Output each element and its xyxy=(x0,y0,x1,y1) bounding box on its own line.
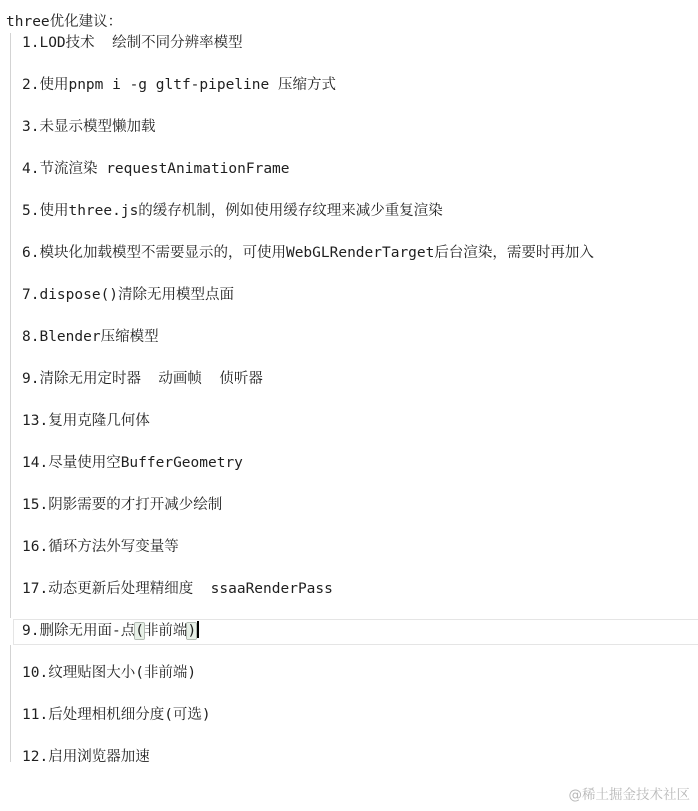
text-line[interactable]: 5.使用three.js的缓存机制，例如使用缓存纹理来减少重复渲染 xyxy=(0,201,698,222)
line-text: 14.尽量使用空BufferGeometry xyxy=(22,455,243,471)
text-line[interactable]: 9.清除无用定时器 动画帧 侦听器 xyxy=(0,369,698,390)
text-lines: 1.LOD技术 绘制不同分辨率模型2.使用pnpm i -g gltf-pipe… xyxy=(0,33,698,789)
text-editor-area[interactable]: three优化建议： 1.LOD技术 绘制不同分辨率模型2.使用pnpm i -… xyxy=(0,0,698,811)
line-text: 13.复用克隆几何体 xyxy=(22,413,150,429)
line-text: 9.删除无用面-点(非前端) xyxy=(22,623,199,639)
text-line[interactable]: 11.后处理相机细分度(可选) xyxy=(0,705,698,726)
text-line[interactable]: 12.启用浏览器加速 xyxy=(0,747,698,768)
matched-bracket-close: ) xyxy=(187,623,196,639)
line-text: 6.模块化加载模型不需要显示的，可使用WebGLRenderTarget后台渲染… xyxy=(22,245,594,261)
text-line[interactable]: 2.使用pnpm i -g gltf-pipeline 压缩方式 xyxy=(0,75,698,96)
text-line[interactable]: 1.LOD技术 绘制不同分辨率模型 xyxy=(0,33,698,54)
matched-bracket-open: ( xyxy=(135,623,144,639)
line-text: 16.循环方法外写变量等 xyxy=(22,539,179,555)
text-line[interactable]: 15.阴影需要的才打开减少绘制 xyxy=(0,495,698,516)
line-text: 8.Blender压缩模型 xyxy=(22,329,159,345)
line-text: 11.后处理相机细分度(可选) xyxy=(22,707,211,723)
line-text: 2.使用pnpm i -g gltf-pipeline 压缩方式 xyxy=(22,77,336,93)
current-text-line[interactable]: 9.删除无用面-点(非前端) xyxy=(0,621,698,642)
text-caret xyxy=(197,621,199,638)
text-line[interactable]: 8.Blender压缩模型 xyxy=(0,327,698,348)
text-line[interactable]: 14.尽量使用空BufferGeometry xyxy=(0,453,698,474)
line-text: 5.使用three.js的缓存机制，例如使用缓存纹理来减少重复渲染 xyxy=(22,203,443,219)
line-text: 15.阴影需要的才打开减少绘制 xyxy=(22,497,222,513)
text-line[interactable]: 7.dispose()清除无用模型点面 xyxy=(0,285,698,306)
text-line[interactable]: 4.节流渲染 requestAnimationFrame xyxy=(0,159,698,180)
text-line[interactable]: 13.复用克隆几何体 xyxy=(0,411,698,432)
line-text: 3.未显示模型懒加载 xyxy=(22,119,155,135)
line-text: 12.启用浏览器加速 xyxy=(22,749,150,765)
line-text: 17.动态更新后处理精细度 ssaaRenderPass xyxy=(22,581,333,597)
text-line[interactable]: 10.纹理贴图大小(非前端) xyxy=(0,663,698,684)
line-text: 10.纹理贴图大小(非前端) xyxy=(22,665,196,681)
line-text: 9.清除无用定时器 动画帧 侦听器 xyxy=(22,371,263,387)
line-text: 4.节流渲染 requestAnimationFrame xyxy=(22,161,290,177)
text-line[interactable]: 6.模块化加载模型不需要显示的，可使用WebGLRenderTarget后台渲染… xyxy=(0,243,698,264)
text-line[interactable]: 3.未显示模型懒加载 xyxy=(0,117,698,138)
text-line[interactable]: 16.循环方法外写变量等 xyxy=(0,537,698,558)
line-text: 7.dispose()清除无用模型点面 xyxy=(22,287,234,303)
watermark: @稀土掘金技术社区 xyxy=(569,785,691,806)
text-line[interactable]: 17.动态更新后处理精细度 ssaaRenderPass xyxy=(0,579,698,600)
line-text: 1.LOD技术 绘制不同分辨率模型 xyxy=(22,35,243,51)
document-title-line[interactable]: three优化建议： xyxy=(6,12,122,33)
